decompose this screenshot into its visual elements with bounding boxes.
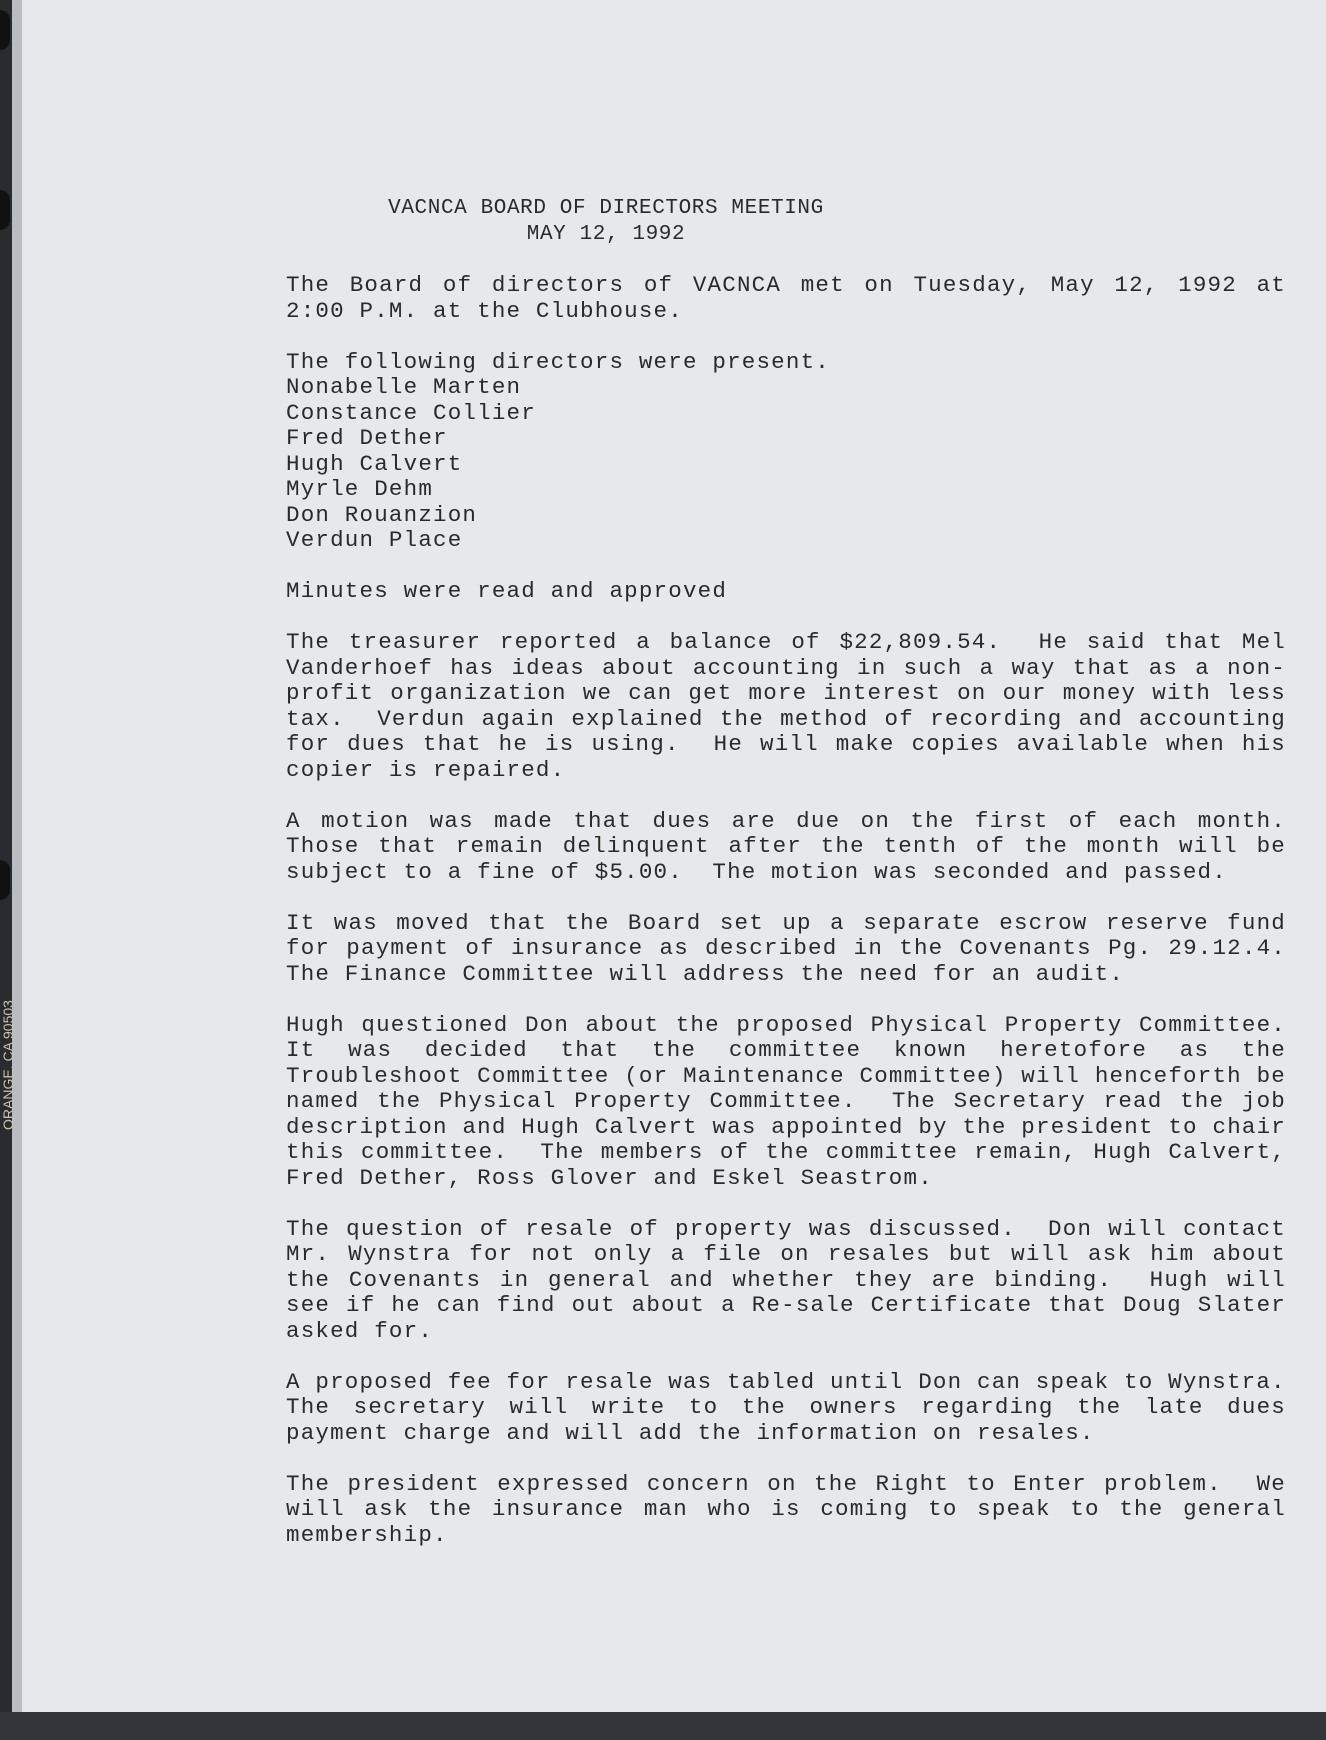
- minutes-document: VACNCA BOARD OF DIRECTORS MEETING MAY 12…: [286, 196, 1286, 1574]
- directors-list: Nonabelle Marten Constance Collier Fred …: [286, 375, 1286, 554]
- intro-paragraph: The Board of directors of VACNCA met on …: [286, 273, 1286, 324]
- paragraph-dues-motion: A motion was made that dues are due on t…: [286, 809, 1286, 886]
- margin-stamp: ORANGE, CA 90503: [0, 1000, 16, 1130]
- binder-hole: [0, 860, 10, 900]
- director-name: Verdun Place: [286, 528, 1286, 554]
- director-name: Myrle Dehm: [286, 477, 1286, 503]
- binder-hole: [0, 10, 10, 50]
- director-name: Constance Collier: [286, 401, 1286, 427]
- paragraph-treasurer: The treasurer reported a balance of $22,…: [286, 630, 1286, 783]
- paragraph-minutes: Minutes were read and approved: [286, 579, 1286, 605]
- page-margin: [12, 0, 22, 1740]
- document-title: VACNCA BOARD OF DIRECTORS MEETING: [0, 196, 1286, 222]
- directors-heading: The following directors were present.: [286, 350, 1286, 376]
- director-name: Nonabelle Marten: [286, 375, 1286, 401]
- director-name: Don Rouanzion: [286, 503, 1286, 529]
- director-name: Hugh Calvert: [286, 452, 1286, 478]
- paragraph-right-to-enter: The president expressed concern on the R…: [286, 1472, 1286, 1549]
- paragraph-fee: A proposed fee for resale was tabled unt…: [286, 1370, 1286, 1447]
- director-name: Fred Dether: [286, 426, 1286, 452]
- paragraph-resale: The question of resale of property was d…: [286, 1217, 1286, 1345]
- paragraph-escrow: It was moved that the Board set up a sep…: [286, 911, 1286, 988]
- document-date: MAY 12, 1992: [0, 222, 1286, 248]
- paragraph-committee: Hugh questioned Don about the proposed P…: [286, 1013, 1286, 1192]
- scanner-bottom-edge: [0, 1712, 1326, 1740]
